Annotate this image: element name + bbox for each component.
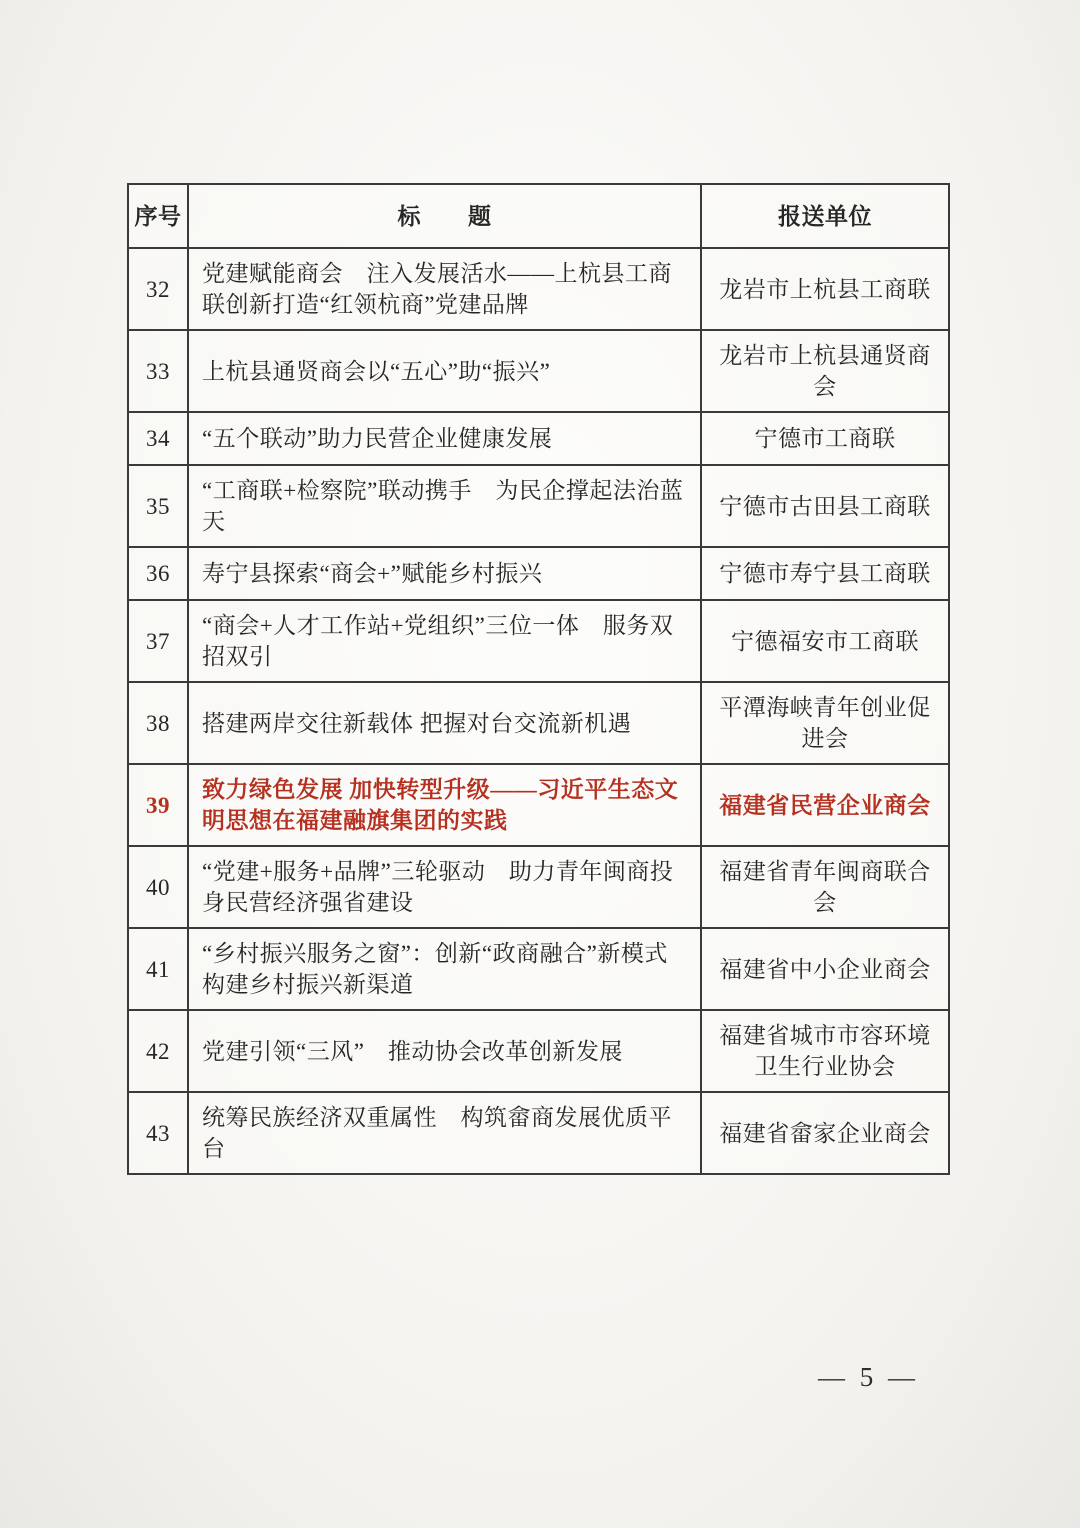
row-title-cell: 搭建两岸交往新载体 把握对台交流新机遇	[188, 682, 701, 764]
table-row: 40 “党建+服务+品牌”三轮驱动 助力青年闽商投身民营经济强省建设 福建省青年…	[128, 846, 949, 928]
row-unit-cell: 福建省中小企业商会	[701, 928, 949, 1010]
row-title-cell: 上杭县通贤商会以“五心”助“振兴”	[188, 330, 701, 412]
row-unit-cell: 龙岩市上杭县通贤商会	[701, 330, 949, 412]
table-row: 38 搭建两岸交往新载体 把握对台交流新机遇 平潭海峡青年创业促进会	[128, 682, 949, 764]
row-number-cell: 40	[128, 846, 188, 928]
row-number-cell: 34	[128, 412, 188, 465]
table-body: 32 党建赋能商会 注入发展活水——上杭县工商联创新打造“红领杭商”党建品牌 龙…	[128, 248, 949, 1174]
row-unit-cell: 福建省城市市容环境卫生行业协会	[701, 1010, 949, 1092]
header-cell-title: 标 题	[188, 184, 701, 248]
row-number-cell: 32	[128, 248, 188, 330]
row-number-cell: 37	[128, 600, 188, 682]
row-unit-cell: 宁德市古田县工商联	[701, 465, 949, 547]
row-unit-cell: 龙岩市上杭县工商联	[701, 248, 949, 330]
document-page: 序号 标 题 报送单位 32 党建赋能商会 注入发展活水——上杭县工商联创新打造…	[0, 0, 1080, 1528]
header-cell-unit: 报送单位	[701, 184, 949, 248]
submissions-table: 序号 标 题 报送单位 32 党建赋能商会 注入发展活水——上杭县工商联创新打造…	[127, 183, 950, 1175]
table-header-row: 序号 标 题 报送单位	[128, 184, 949, 248]
row-title-cell: “五个联动”助力民营企业健康发展	[188, 412, 701, 465]
row-title-cell: 党建赋能商会 注入发展活水——上杭县工商联创新打造“红领杭商”党建品牌	[188, 248, 701, 330]
row-unit-cell: 宁德市寿宁县工商联	[701, 547, 949, 600]
row-number-cell: 39	[128, 764, 188, 846]
table-row: 42 党建引领“三风” 推动协会改革创新发展 福建省城市市容环境卫生行业协会	[128, 1010, 949, 1092]
table-row: 35 “工商联+检察院”联动携手 为民企撑起法治蓝天 宁德市古田县工商联	[128, 465, 949, 547]
row-number-cell: 35	[128, 465, 188, 547]
row-title-cell: “商会+人才工作站+党组织”三位一体 服务双招双引	[188, 600, 701, 682]
row-title-cell: 致力绿色发展 加快转型升级——习近平生态文明思想在福建融旗集团的实践	[188, 764, 701, 846]
header-cell-number: 序号	[128, 184, 188, 248]
table-row: 41 “乡村振兴服务之窗”：创新“政商融合”新模式 构建乡村振兴新渠道 福建省中…	[128, 928, 949, 1010]
table-row: 34 “五个联动”助力民营企业健康发展 宁德市工商联	[128, 412, 949, 465]
row-number-cell: 42	[128, 1010, 188, 1092]
row-title-cell: “工商联+检察院”联动携手 为民企撑起法治蓝天	[188, 465, 701, 547]
table-row: 39 致力绿色发展 加快转型升级——习近平生态文明思想在福建融旗集团的实践 福建…	[128, 764, 949, 846]
table-row: 36 寿宁县探索“商会+”赋能乡村振兴 宁德市寿宁县工商联	[128, 547, 949, 600]
row-unit-cell: 福建省民营企业商会	[701, 764, 949, 846]
table-row: 33 上杭县通贤商会以“五心”助“振兴” 龙岩市上杭县通贤商会	[128, 330, 949, 412]
row-title-cell: “党建+服务+品牌”三轮驱动 助力青年闽商投身民营经济强省建设	[188, 846, 701, 928]
table-row: 32 党建赋能商会 注入发展活水——上杭县工商联创新打造“红领杭商”党建品牌 龙…	[128, 248, 949, 330]
row-unit-cell: 平潭海峡青年创业促进会	[701, 682, 949, 764]
row-unit-cell: 宁德福安市工商联	[701, 600, 949, 682]
row-unit-cell: 宁德市工商联	[701, 412, 949, 465]
row-number-cell: 43	[128, 1092, 188, 1174]
row-title-cell: 党建引领“三风” 推动协会改革创新发展	[188, 1010, 701, 1092]
table-header: 序号 标 题 报送单位	[128, 184, 949, 248]
table-row: 43 统筹民族经济双重属性 构筑畲商发展优质平台 福建省畲家企业商会	[128, 1092, 949, 1174]
row-unit-cell: 福建省畲家企业商会	[701, 1092, 949, 1174]
row-unit-cell: 福建省青年闽商联合会	[701, 846, 949, 928]
page-number: — 5 —	[818, 1362, 919, 1393]
row-number-cell: 36	[128, 547, 188, 600]
row-number-cell: 41	[128, 928, 188, 1010]
table-row: 37 “商会+人才工作站+党组织”三位一体 服务双招双引 宁德福安市工商联	[128, 600, 949, 682]
row-title-cell: 寿宁县探索“商会+”赋能乡村振兴	[188, 547, 701, 600]
row-number-cell: 33	[128, 330, 188, 412]
row-number-cell: 38	[128, 682, 188, 764]
row-title-cell: “乡村振兴服务之窗”：创新“政商融合”新模式 构建乡村振兴新渠道	[188, 928, 701, 1010]
row-title-cell: 统筹民族经济双重属性 构筑畲商发展优质平台	[188, 1092, 701, 1174]
